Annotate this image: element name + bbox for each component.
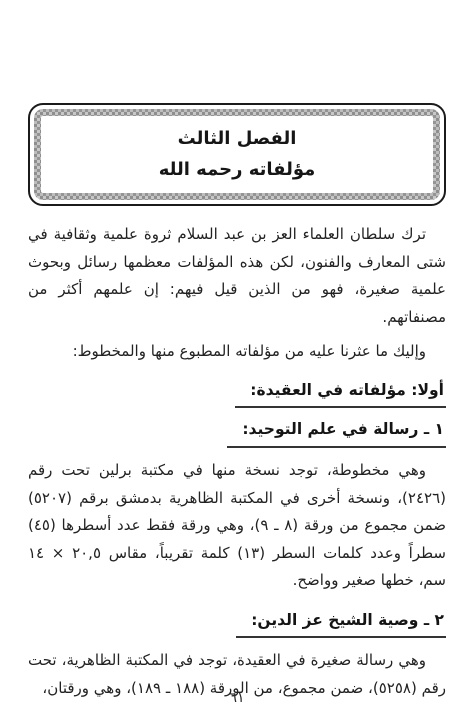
section-heading-row-main: أولا: مؤلفاته في العقيدة: [28, 382, 446, 409]
chapter-title-box: الفصل الثالث مؤلفاته رحمه الله [28, 103, 446, 206]
page-number: ٦١ [0, 690, 474, 706]
item-heading-risala-tawhid: ١ ـ رسالة في علم التوحيد: [227, 422, 446, 448]
item-heading-wasiyya: ٢ ـ وصية الشيخ عز الدين: [236, 613, 446, 639]
section-heading-creed: أولا: مؤلفاته في العقيدة: [235, 383, 446, 409]
chapter-title: الفصل الثالث [178, 128, 297, 150]
lead-in-paragraph: وإليك ما عثرنا عليه من مؤلفاته المطبوع م… [28, 338, 446, 366]
item-body-risala-tawhid: وهي مخطوطة، توجد نسخة منها في مكتبة برلي… [28, 457, 446, 595]
section-heading-row-item2: ٢ ـ وصية الشيخ عز الدين: [28, 612, 446, 639]
chapter-subtitle: مؤلفاته رحمه الله [159, 159, 316, 181]
section-heading-row-item1: ١ ـ رسالة في علم التوحيد: [28, 421, 446, 448]
intro-paragraph: ترك سلطان العلماء العز بن عبد السلام ثرو… [28, 221, 446, 331]
chapter-title-box-inner: الفصل الثالث مؤلفاته رحمه الله [34, 109, 440, 200]
book-page: الفصل الثالث مؤلفاته رحمه الله ترك سلطان… [0, 0, 474, 720]
